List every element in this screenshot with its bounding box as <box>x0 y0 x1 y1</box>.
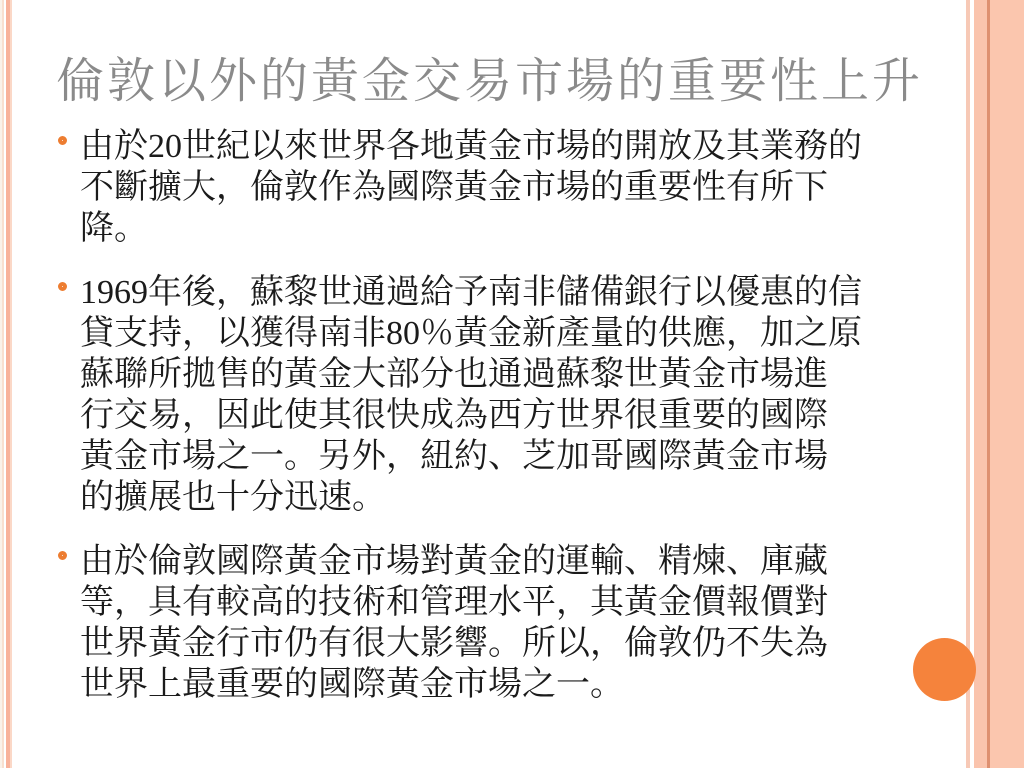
bullet-item: 1969年後，蘇黎世通過給予南非儲備銀行以優惠的信 貸支持，以獲得南非80％黃金… <box>58 272 908 518</box>
slide-title: 倫敦以外的黃金交易市場的重要性上升 <box>56 42 923 111</box>
bullet-text: 由於倫敦國際黃金市場對黃金的運輸、精煉、庫藏 等，具有較高的技術和管理水平，其黃… <box>80 541 828 705</box>
presentation-slide: 倫敦以外的黃金交易市場的重要性上升 由於20世紀以來世界各地黃金市場的開放及其業… <box>0 0 1024 768</box>
ring-bullet-icon <box>58 136 67 145</box>
ring-bullet-icon <box>58 282 67 291</box>
left-stripe-decoration <box>0 0 13 768</box>
bullet-text: 由於20世紀以來世界各地黃金市場的開放及其業務的 不斷擴大，倫敦作為國際黃金市場… <box>80 126 862 249</box>
right-stripe-decoration <box>966 0 1024 768</box>
bullet-item: 由於20世紀以來世界各地黃金市場的開放及其業務的 不斷擴大，倫敦作為國際黃金市場… <box>58 126 908 249</box>
accent-circle-decoration <box>913 638 976 701</box>
bullet-text: 1969年後，蘇黎世通過給予南非儲備銀行以優惠的信 貸支持，以獲得南非80％黃金… <box>80 272 862 518</box>
ring-bullet-icon <box>58 551 67 560</box>
bullet-item: 由於倫敦國際黃金市場對黃金的運輸、精煉、庫藏 等，具有較高的技術和管理水平，其黃… <box>58 541 908 705</box>
bullet-list: 由於20世紀以來世界各地黃金市場的開放及其業務的 不斷擴大，倫敦作為國際黃金市場… <box>58 126 908 728</box>
